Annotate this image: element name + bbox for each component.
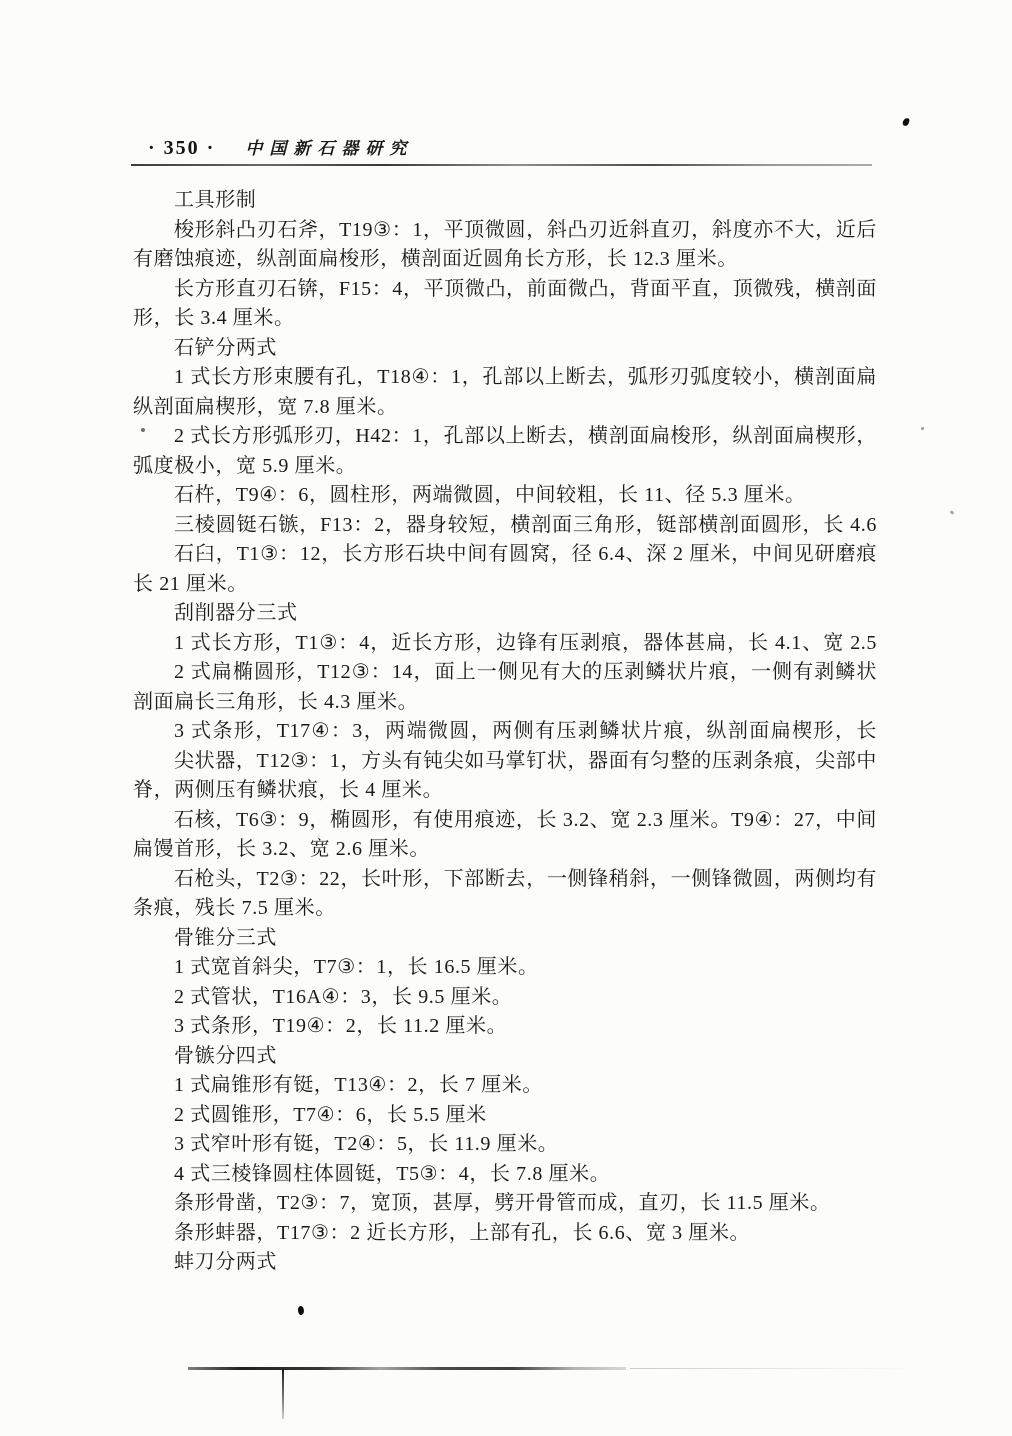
text-line: 扁馒首形，长 3.2、宽 2.6 厘米。	[133, 835, 877, 865]
text-line: 1 式长方形，T1③：4，近长方形，边锋有压剥痕，器体甚扁，长 4.1、宽 2.…	[133, 629, 877, 659]
text-line: 纵剖面扁楔形，宽 7.8 厘米。	[133, 393, 877, 423]
text-line: 条痕，残长 7.5 厘米。	[133, 894, 877, 924]
scan-scratch-line-tail	[630, 1368, 920, 1369]
text-line: 条形蚌器，T17③：2 近长方形，上部有孔，长 6.6、宽 3 厘米。	[133, 1219, 877, 1249]
text-line: 石核，T6③：9，椭圆形，有使用痕迹，长 3.2、宽 2.3 厘米。T9④：27…	[133, 806, 877, 836]
text-line: 石铲分两式	[133, 334, 877, 364]
text-line: 梭形斜凸刃石斧，T19③：1，平顶微圆，斜凸刃近斜直刃，斜度亦不大，近后刃处	[133, 216, 877, 246]
text-line: 剖面扁长三角形，长 4.3 厘米。	[133, 688, 877, 718]
page-number: · 350 ·	[148, 137, 215, 160]
text-line: 长 21 厘米。	[133, 570, 877, 600]
text-line: 有磨蚀痕迹，纵剖面扁梭形，横剖面近圆角长方形，长 12.3 厘米。	[133, 245, 877, 275]
margin-dot-artifact	[141, 428, 145, 432]
ink-speck-bottom	[297, 1305, 305, 1315]
text-line: 石杵，T9④：6，圆柱形，两端微圆，中间较粗，长 11、径 5.3 厘米。	[133, 481, 877, 511]
text-line: 1 式扁锥形有铤，T13④：2，长 7 厘米。	[133, 1071, 877, 1101]
book-title: 中国新石器研究	[245, 134, 413, 159]
text-line: 2 式扁椭圆形，T12③：14，面上一侧见有大的压剥鳞状片痕，一侧有剥鳞状痕，横	[133, 658, 877, 688]
faint-speck	[950, 510, 955, 515]
body-text: 工具形制梭形斜凸刃石斧，T19③：1，平顶微圆，斜凸刃近斜直刃，斜度亦不大，近后…	[133, 186, 877, 1278]
text-line: 石臼，T1③：12，长方形石块中间有圆窝，径 6.4、深 2 厘米，中间见研磨痕…	[133, 540, 877, 570]
text-line: 三棱圆铤石镞，F13：2，器身较短，横剖面三角形，铤部横剖面圆形，长 4.6 厘…	[133, 511, 877, 541]
text-line: 工具形制	[133, 186, 877, 216]
text-line: 2 式圆锥形，T7④：6，长 5.5 厘米	[133, 1101, 877, 1131]
text-line: 骨镞分四式	[133, 1042, 877, 1072]
text-line: 石枪头，T2③：22，长叶形，下部断去，一侧锋稍斜，一侧锋微圆，两侧均有压剥	[133, 865, 877, 895]
scan-scratch-line	[188, 1367, 626, 1370]
text-line: 1 式长方形束腰有孔，T18④：1，孔部以上断去，弧形刃弧度较小，横剖面扁梭形，	[133, 363, 877, 393]
running-header: · 350 · 中国新石器研究	[148, 134, 413, 160]
header-rule	[131, 164, 872, 166]
text-line: 蚌刀分两式	[133, 1248, 877, 1278]
text-line: 1 式宽首斜尖，T7③：1，长 16.5 厘米。	[133, 953, 877, 983]
scan-vertical-line	[282, 1369, 284, 1419]
text-line: 2 式管状，T16A④：3，长 9.5 厘米。	[133, 983, 877, 1013]
text-line: 刮削器分三式	[133, 599, 877, 629]
text-line: 4 式三棱锋圆柱体圆铤，T5③：4，长 7.8 厘米。	[133, 1160, 877, 1190]
text-line: 尖状器，T12③：1，方头有钝尖如马掌钉状，器面有匀整的压剥条痕，尖部中间起	[133, 747, 877, 777]
faint-speck	[921, 427, 924, 430]
text-line: 条形骨凿，T2③：7，宽顶，甚厚，劈开骨管而成，直刃，长 11.5 厘米。	[133, 1189, 877, 1219]
text-line: 2 式长方形弧形刃，H42：1，孔部以上断去，横剖面扁梭形，纵剖面扁楔形，刃部	[133, 422, 877, 452]
scanned-book-page: · 350 · 中国新石器研究 工具形制梭形斜凸刃石斧，T19③：1，平顶微圆，…	[0, 0, 1012, 1436]
text-line: 3 式条形，T19④：2，长 11.2 厘米。	[133, 1012, 877, 1042]
text-line: 长方形直刃石锛，F15：4，平顶微凸，前面微凸，背面平直，顶微残，横剖面长方	[133, 275, 877, 305]
text-line: 形，长 3.4 厘米。	[133, 304, 877, 334]
text-line: 脊，两侧压有鳞状痕，长 4 厘米。	[133, 776, 877, 806]
text-line: 骨锥分三式	[133, 924, 877, 954]
ink-speck-top-right	[902, 117, 910, 126]
text-line: 3 式条形，T17④：3，两端微圆，两侧有压剥鳞状片痕，纵剖面扁楔形，长 4.6…	[133, 717, 877, 747]
text-line: 3 式窄叶形有铤，T2④：5，长 11.9 厘米。	[133, 1130, 877, 1160]
text-line: 弧度极小，宽 5.9 厘米。	[133, 452, 877, 482]
